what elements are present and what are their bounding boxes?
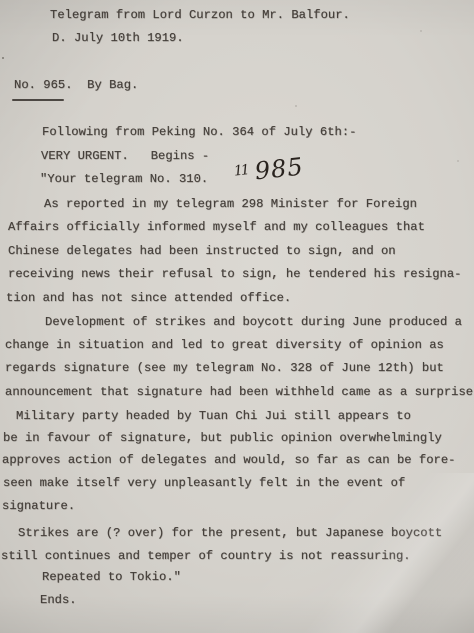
typed-line: receiving news their refusal to sign, he… <box>8 267 461 282</box>
typed-line: tion and has not since attended office. <box>6 291 291 306</box>
typed-line: signature. <box>2 499 75 514</box>
typed-line: announcement that signature had been wit… <box>5 385 474 400</box>
typed-line: regards signature (see my telegram No. 3… <box>5 361 444 376</box>
typed-line: change in situation and led to great div… <box>5 338 444 353</box>
typed-line: approves action of delegates and would, … <box>2 453 455 468</box>
typed-line: Repeated to Tokio." <box>42 570 181 585</box>
handwritten-annotation: 11985 <box>233 152 305 187</box>
typed-line: Development of strikes and boycott durin… <box>45 315 462 330</box>
reference-underline <box>12 99 64 101</box>
typed-line: Following from Peking No. 364 of July 6t… <box>42 125 357 140</box>
typed-line: "Your telegram No. 310. <box>40 172 208 187</box>
typed-line: Strikes are (? over) for the present, bu… <box>18 526 442 541</box>
typed-line: D. July 10th 1919. <box>52 31 184 46</box>
telegram-scan-page: Telegram from Lord Curzon to Mr. Balfour… <box>0 0 474 633</box>
typed-line: seen make itself very unpleasantly felt … <box>3 476 405 491</box>
typed-line: Military party headed by Tuan Chi Jui st… <box>16 409 411 424</box>
paper-speckles <box>2 57 4 59</box>
handwritten-annotation-number: 985 <box>253 152 304 185</box>
typed-line: Ends. <box>40 593 77 608</box>
typed-line: VERY URGENT. Begins - <box>41 149 209 164</box>
typed-line: Affairs officially informed myself and m… <box>8 220 425 235</box>
typed-line: Chinese delegates had been instructed to… <box>8 244 396 259</box>
typed-line: No. 965. By Bag. <box>14 78 138 93</box>
typed-line: As reported in my telegram 298 Minister … <box>44 197 417 212</box>
handwritten-annotation-prefix: 11 <box>233 162 248 179</box>
typed-line: Telegram from Lord Curzon to Mr. Balfour… <box>50 8 350 23</box>
typed-line: be in favour of signature, but public op… <box>3 431 442 446</box>
typed-line: still continues and temper of country is… <box>1 549 411 564</box>
